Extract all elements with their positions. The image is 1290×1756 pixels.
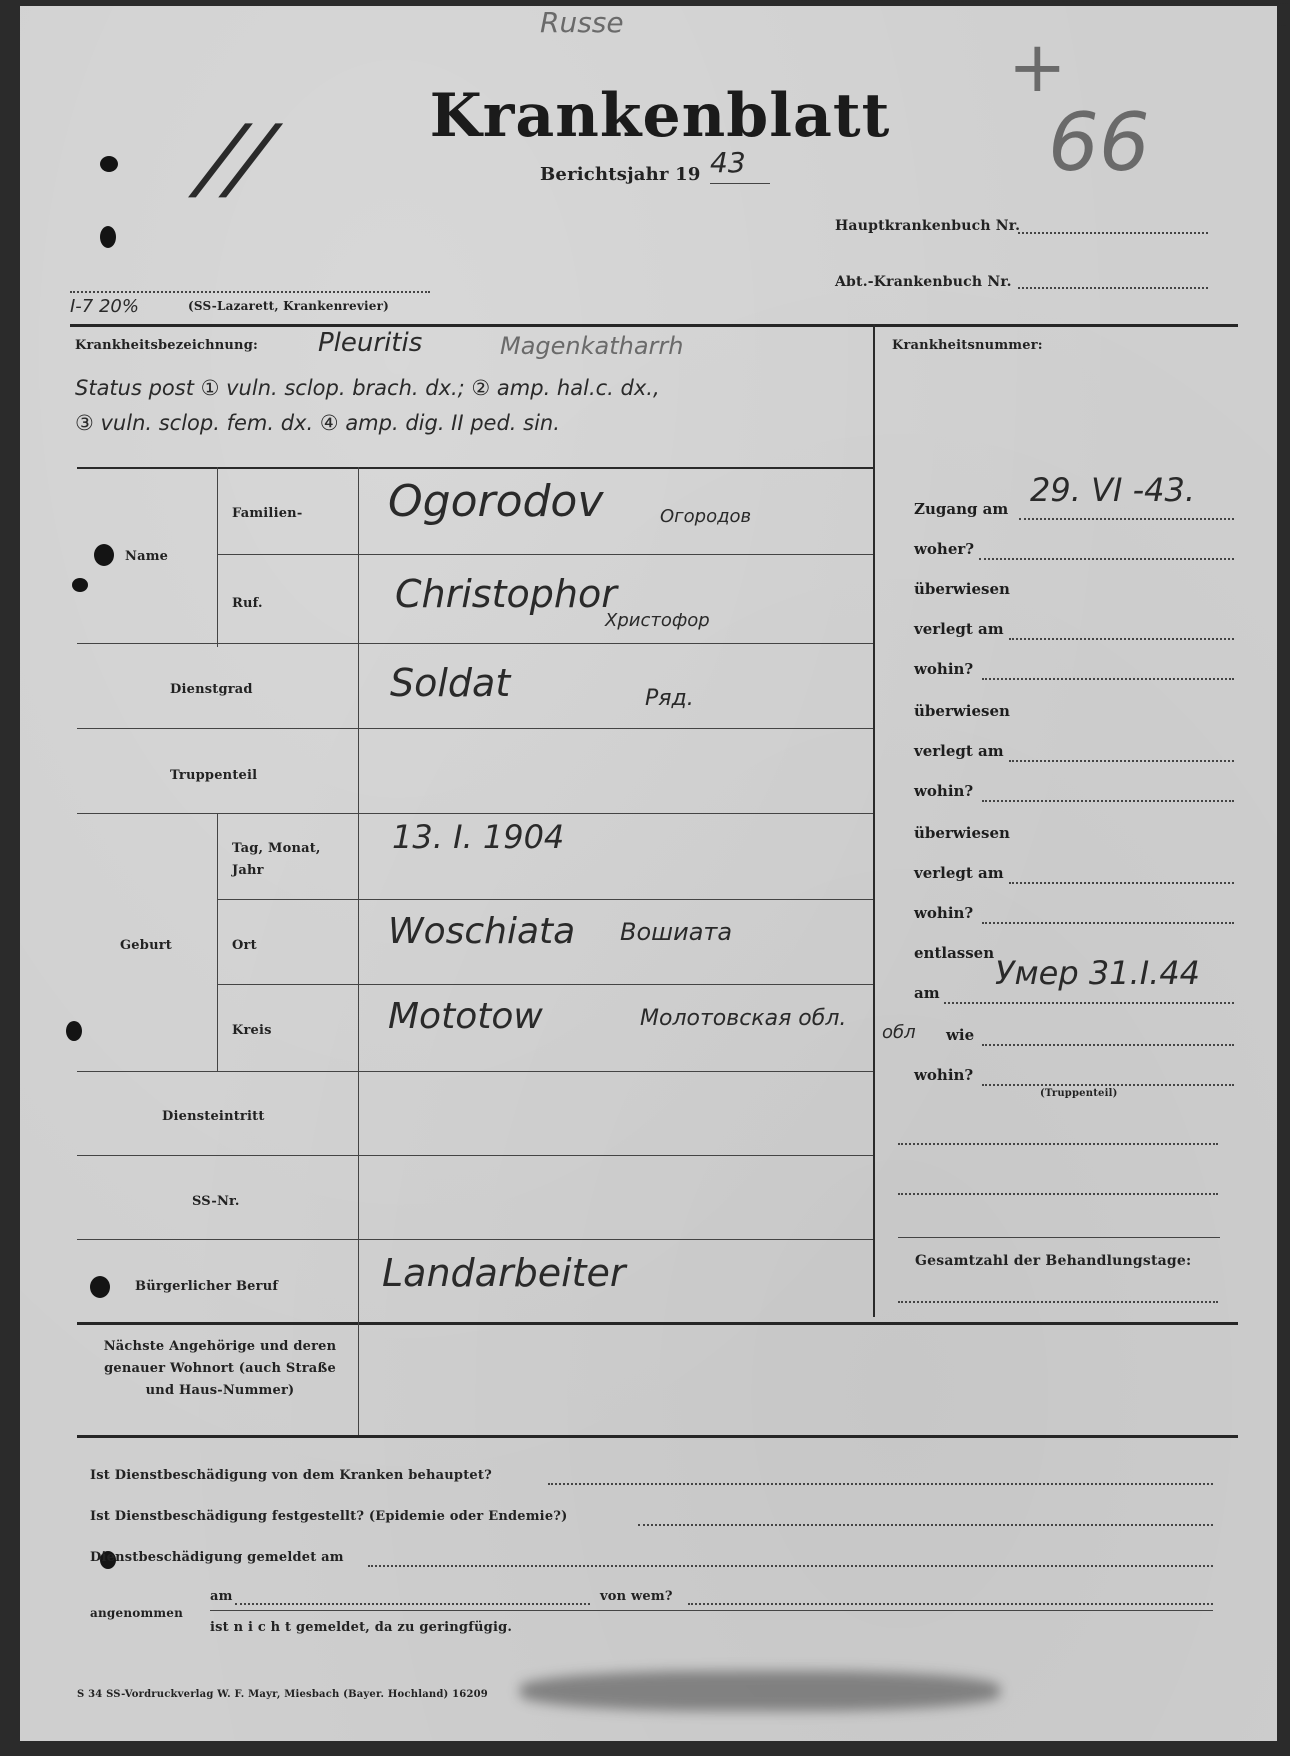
punch-hole xyxy=(66,1021,82,1041)
wohin-row-3: wohin? xyxy=(914,902,1234,930)
table-divider-1 xyxy=(217,467,218,647)
geburt-label: Geburt xyxy=(120,938,172,953)
table-rule xyxy=(77,467,873,469)
wohin-row-1: wohin? xyxy=(914,658,1234,686)
lazarett-label: (SS-Lazarett, Krankenrevier) xyxy=(188,299,389,313)
diagnosis-main[interactable]: Pleuritis xyxy=(318,328,422,358)
entlassen-value[interactable]: Умер 31.I.44 xyxy=(995,954,1200,992)
table-rule xyxy=(77,643,873,644)
von-wem-label: von wem? xyxy=(600,1589,673,1604)
beruf-value[interactable]: Landarbeiter xyxy=(382,1251,626,1295)
geburt-ort-cyrillic[interactable]: Вошиата xyxy=(620,918,732,946)
hauptkrankenbuch-field[interactable] xyxy=(1018,232,1208,234)
truppenteil-caption: (Truppenteil) xyxy=(1040,1088,1118,1099)
table-rule xyxy=(77,1322,1238,1325)
ink-smudge xyxy=(520,1671,1000,1711)
damage-am-field[interactable] xyxy=(235,1603,590,1605)
table-divider-1 xyxy=(217,813,218,1071)
berichtsjahr-underline xyxy=(710,183,770,184)
ruf-cyrillic[interactable]: Христофор xyxy=(605,610,710,631)
damage-q1: Ist Dienstbeschädigung von dem Kranken b… xyxy=(90,1468,492,1483)
table-rule xyxy=(77,813,873,814)
am-label: am xyxy=(914,984,940,1002)
truppenteil-label: Truppenteil xyxy=(170,768,257,783)
woher-field[interactable] xyxy=(979,558,1234,560)
entlassen-am-field[interactable] xyxy=(944,1002,1234,1004)
beruf-label: Bürgerlicher Beruf xyxy=(135,1279,278,1294)
wohin-field[interactable] xyxy=(982,922,1234,924)
verlegt-row-1: verlegt am xyxy=(914,618,1234,646)
geburt-ort-label: Ort xyxy=(232,938,257,953)
ueberwiesen-label: überwiesen xyxy=(914,702,1010,720)
ueberwiesen-row-1: überwiesen xyxy=(914,578,1234,606)
lazarett-field[interactable] xyxy=(70,291,430,293)
verlegt-field[interactable] xyxy=(1009,882,1234,884)
wie-label: wie xyxy=(946,1026,974,1044)
hauptkrankenbuch-label: Hauptkrankenbuch Nr. xyxy=(835,218,1020,234)
wohin-label: wohin? xyxy=(914,660,973,678)
wohin-row-2: wohin? xyxy=(914,780,1234,808)
diagnosis-status-line1[interactable]: Status post ① vuln. sclop. brach. dx.; ②… xyxy=(75,376,660,400)
table-rule xyxy=(77,1155,873,1156)
verlegt-field[interactable] xyxy=(1009,760,1234,762)
berichtsjahr-text: Berichtsjahr 19 xyxy=(540,164,701,185)
zugang-value[interactable]: 29. VI -43. xyxy=(1030,471,1195,509)
table-rule xyxy=(77,1071,873,1072)
damage-rule xyxy=(210,1610,1213,1611)
verlegt-label: verlegt am xyxy=(914,620,1004,638)
krankheitsnummer-label: Krankheitsnummer: xyxy=(892,338,1043,353)
dienstgrad-cyrillic[interactable]: Ряд. xyxy=(645,686,694,711)
margin-check-annotation: // xyxy=(191,106,280,211)
ueberwiesen-label: überwiesen xyxy=(914,580,1010,598)
zugang-label: Zugang am xyxy=(914,500,1008,518)
verlegt-field[interactable] xyxy=(1009,638,1234,640)
ss-nr-label: SS-Nr. xyxy=(192,1194,240,1209)
krankenblatt-page: Russe + 66 // Krankenblatt Berichtsjahr … xyxy=(20,6,1277,1741)
wohin-label: wohin? xyxy=(914,1066,973,1084)
berichtsjahr-value[interactable]: 43 xyxy=(710,146,746,179)
ueberwiesen-label: überwiesen xyxy=(914,824,1010,842)
angehoerige-divider xyxy=(358,1322,359,1435)
dienstgrad-label: Dienstgrad xyxy=(170,682,253,697)
woher-label: woher? xyxy=(914,540,974,558)
zugang-field[interactable] xyxy=(1019,518,1234,520)
verlegt-label: verlegt am xyxy=(914,742,1004,760)
familien-cyrillic[interactable]: Огородов xyxy=(660,506,751,527)
damage-q1-field[interactable] xyxy=(548,1483,1213,1485)
geburt-ort-value[interactable]: Woschiata xyxy=(388,911,575,952)
extra-field-2[interactable] xyxy=(898,1193,1218,1195)
wohin-field[interactable] xyxy=(982,678,1234,680)
geburt-date-value[interactable]: 13. I. 1904 xyxy=(392,818,564,856)
wohin-field[interactable] xyxy=(982,1084,1234,1086)
table-rule xyxy=(77,1239,873,1240)
damage-am-label: am xyxy=(210,1589,233,1604)
von-wem-field[interactable] xyxy=(688,1603,1213,1605)
page-title: Krankenblatt xyxy=(420,81,900,151)
verlegt-row-3: verlegt am xyxy=(914,862,1234,890)
table-rule xyxy=(217,554,873,555)
gesamtzahl-field[interactable] xyxy=(898,1301,1218,1303)
diensteintritt-label: Diensteintritt xyxy=(162,1109,265,1124)
wohin-field[interactable] xyxy=(982,800,1234,802)
familien-label: Familien- xyxy=(232,506,302,521)
wie-field[interactable] xyxy=(982,1044,1234,1046)
diagnosis-label: Krankheitsbezeichnung: xyxy=(75,338,258,353)
ruf-label: Ruf. xyxy=(232,596,263,611)
damage-q3: Dienstbeschädigung gemeldet am xyxy=(90,1550,344,1565)
wie-row: wie xyxy=(914,1024,1234,1052)
geburt-kreis-label: Kreis xyxy=(232,1023,272,1038)
name-label: Name xyxy=(125,549,168,564)
punch-hole xyxy=(100,156,118,172)
angenommen-label: angenommen xyxy=(90,1606,183,1620)
geburt-kreis-cyrillic[interactable]: Молотовская обл. xyxy=(640,1006,846,1031)
gesamtzahl-rule xyxy=(898,1237,1220,1238)
record-number-annotation: 66 xyxy=(1048,96,1150,189)
extra-field-1[interactable] xyxy=(898,1143,1218,1145)
woher-row: woher? xyxy=(914,538,1234,566)
section-rule xyxy=(70,324,1238,327)
verlegt-label: verlegt am xyxy=(914,864,1004,882)
abt-krankenbuch-label: Abt.-Krankenbuch Nr. xyxy=(835,274,1012,290)
abt-krankenbuch-field[interactable] xyxy=(1018,287,1208,289)
ueberwiesen-row-3: überwiesen xyxy=(914,822,1234,850)
diagnosis-status-line2[interactable]: ③ vuln. sclop. fem. dx. ④ amp. dig. II p… xyxy=(75,411,560,435)
verlegt-row-2: verlegt am xyxy=(914,740,1234,768)
table-rule xyxy=(217,899,873,900)
entlassen-label: entlassen xyxy=(914,944,994,962)
punch-hole xyxy=(72,578,88,592)
diagnosis-pencil[interactable]: Magenkatharrh xyxy=(500,332,684,360)
damage-q3-field[interactable] xyxy=(368,1565,1213,1567)
top-annotation: Russe xyxy=(540,6,624,39)
column-divider xyxy=(873,324,875,1317)
dienstgrad-value[interactable]: Soldat xyxy=(390,661,510,705)
wohin-label: wohin? xyxy=(914,904,973,922)
table-rule xyxy=(77,728,873,729)
gesamtzahl-label: Gesamtzahl der Behandlungstage: xyxy=(915,1253,1191,1269)
familien-value[interactable]: Ogorodov xyxy=(388,476,603,527)
punch-hole xyxy=(90,1276,110,1298)
geburt-kreis-value[interactable]: Mototow xyxy=(388,996,543,1037)
table-rule xyxy=(77,1435,1238,1438)
table-divider-2 xyxy=(358,467,359,1322)
ueberwiesen-row-2: überwiesen xyxy=(914,700,1234,728)
damage-q2-field[interactable] xyxy=(638,1524,1213,1526)
lazarett-value[interactable]: I-7 20% xyxy=(70,296,139,317)
punch-hole xyxy=(94,544,114,566)
berichtsjahr-label: Berichtsjahr 19 xyxy=(540,164,701,185)
nicht-gemeldet-label: ist n i c h t gemeldet, da zu geringfügi… xyxy=(210,1620,512,1635)
angehoerige-label: Nächste Angehörige und deren genauer Woh… xyxy=(100,1336,340,1402)
punch-hole xyxy=(100,226,116,248)
wohin-label: wohin? xyxy=(914,782,973,800)
footer-imprint: S 34 SS-Vordruckverlag W. F. Mayr, Miesb… xyxy=(77,1689,488,1700)
damage-q2: Ist Dienstbeschädigung festgestellt? (Ep… xyxy=(90,1509,567,1524)
ruf-value[interactable]: Christophor xyxy=(395,572,617,616)
table-rule xyxy=(217,984,873,985)
wie-annotation: обл xyxy=(882,1022,916,1043)
geburt-date-label: Tag, Monat, Jahr xyxy=(232,838,352,882)
